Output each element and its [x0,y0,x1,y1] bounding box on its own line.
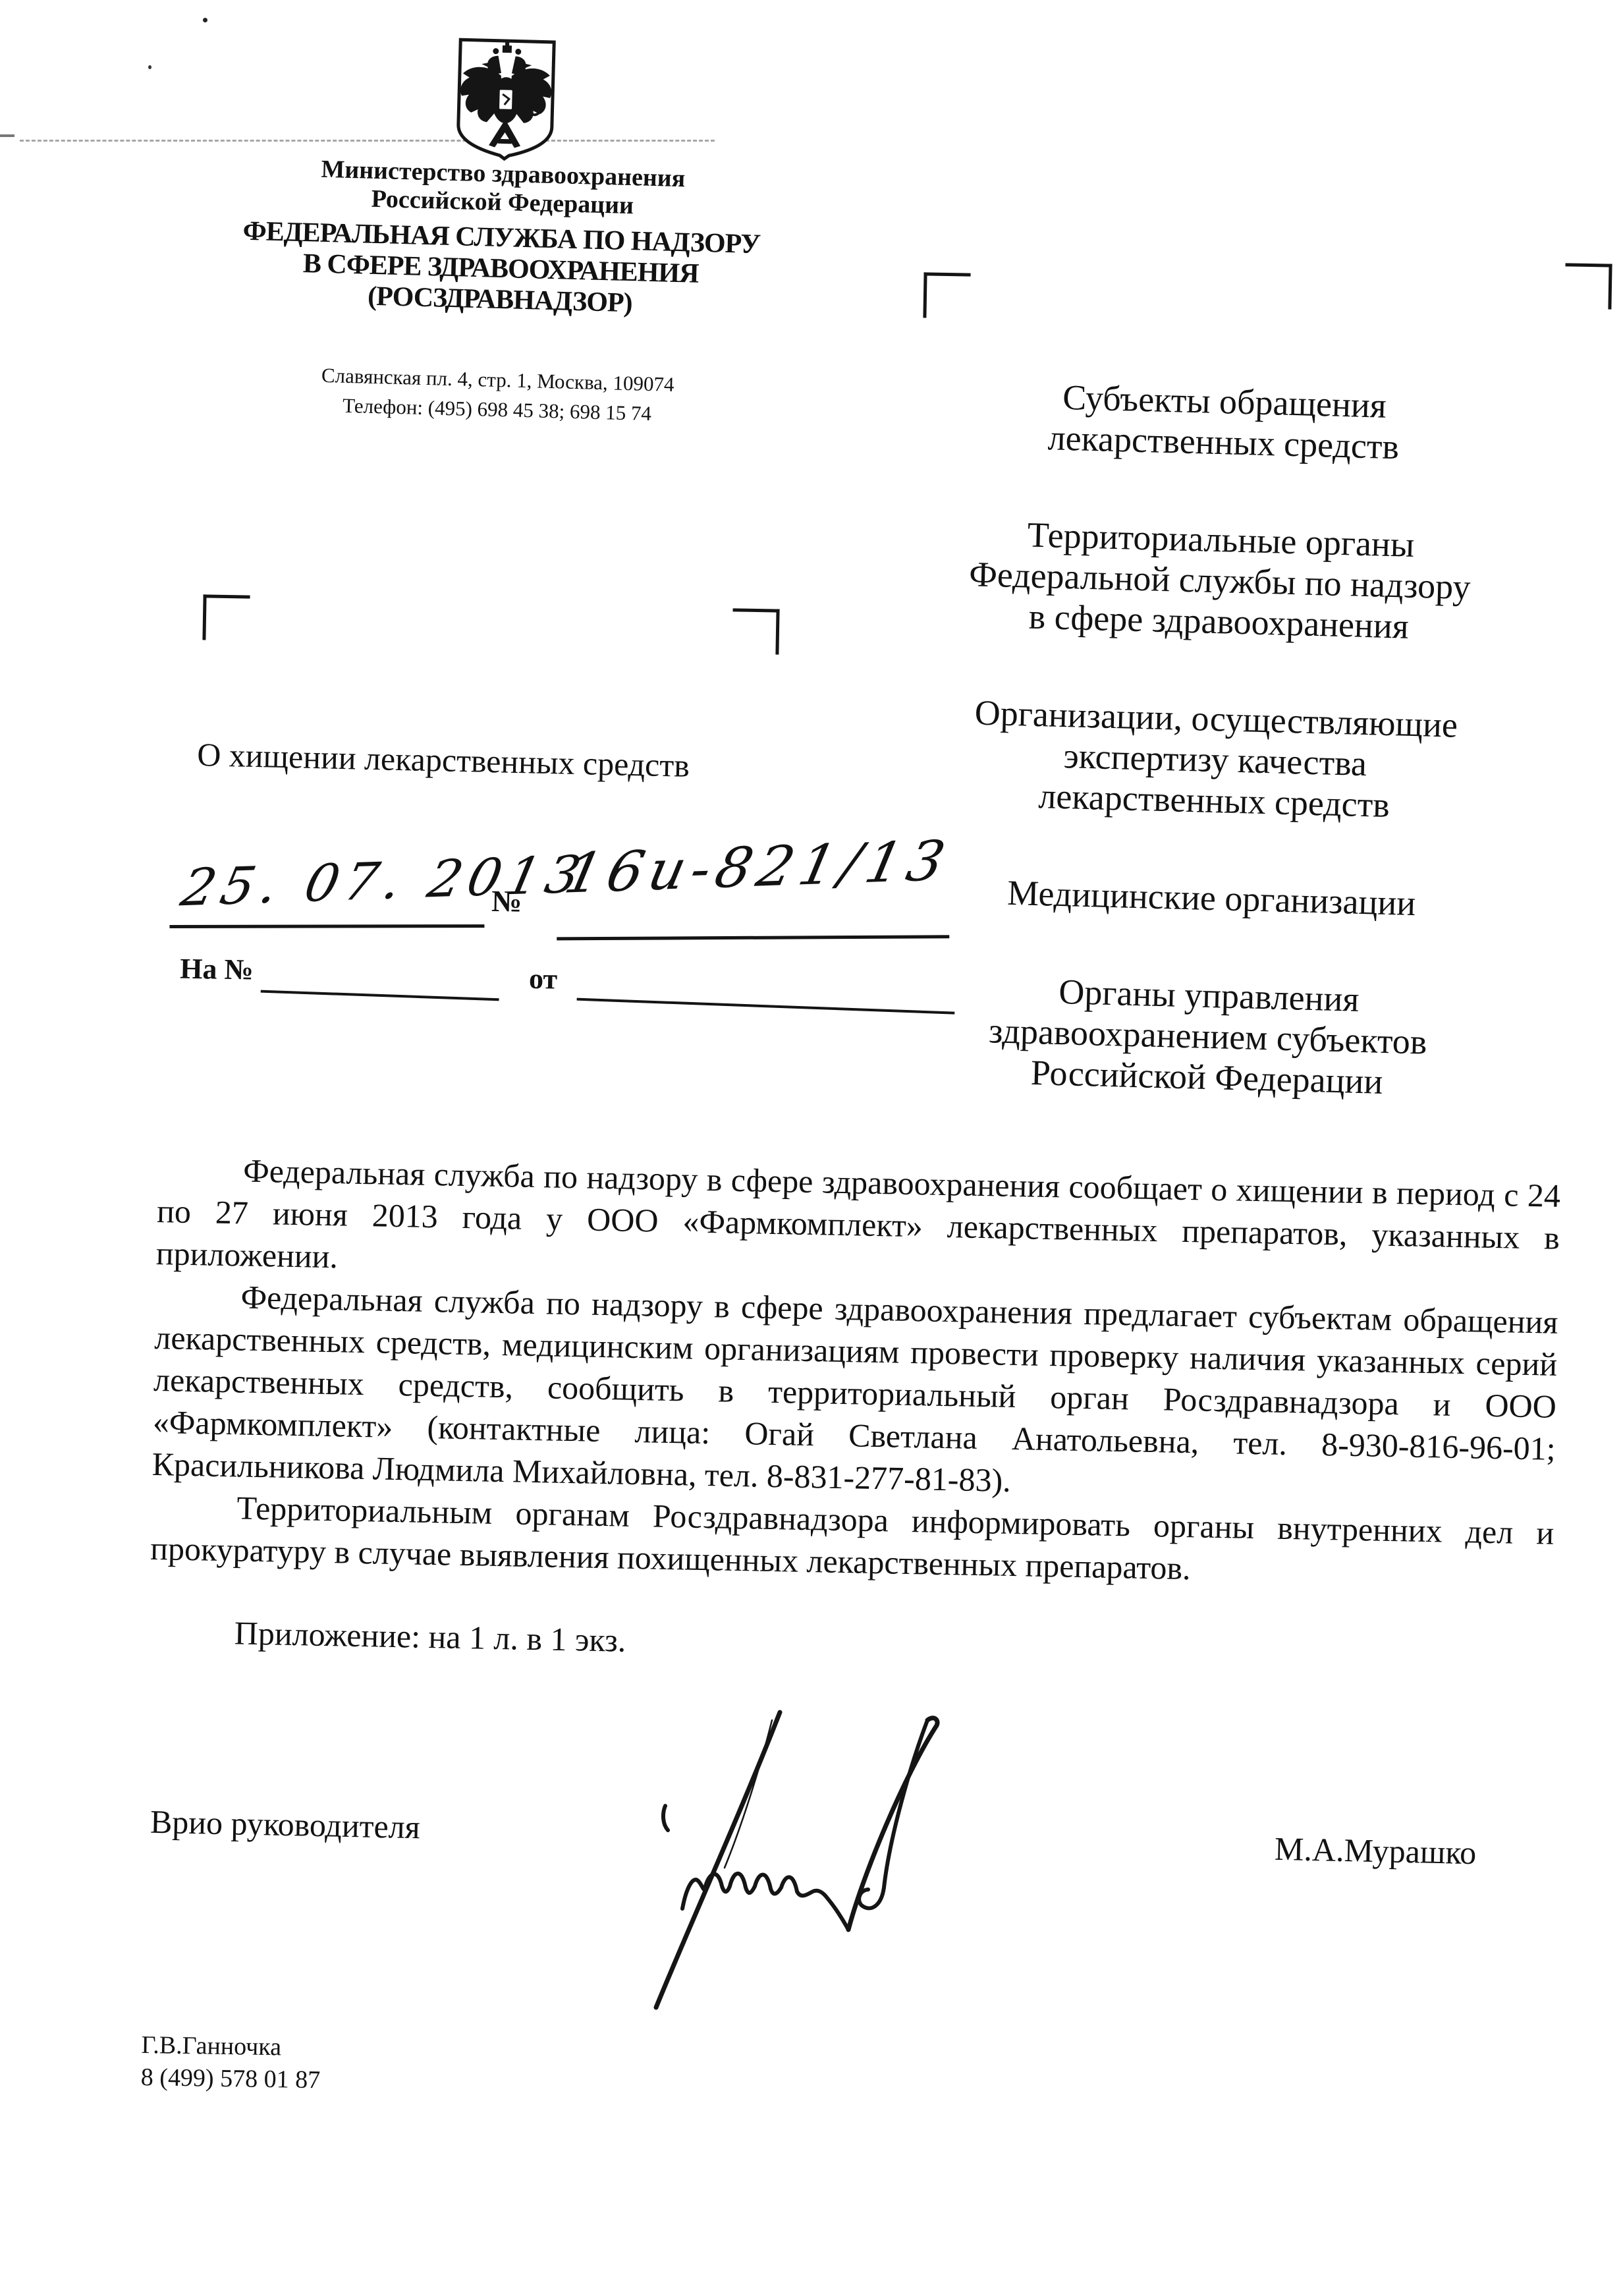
corner-mark-icon [923,272,970,318]
recipients-list: Субъекты обращения лекарственных средств… [895,373,1534,1162]
date-underline [169,924,484,928]
executor-name: Г.В.Ганночка [141,2029,321,2064]
recipient-block: Медицинские организации [902,870,1522,927]
reply-number-underline [261,990,499,1001]
handwritten-signature-icon [626,1670,1054,2013]
attachment-note: Приложение: на 1 л. в 1 экз. [148,1610,1552,1679]
ministry-name: Министерство здравоохранения Российской … [186,152,819,225]
executor-block: Г.В.Ганночка 8 (499) 578 01 87 [140,2029,321,2096]
body-paragraph: Федеральная служба по надзору в сфере зд… [151,1274,1558,1512]
executor-phone: 8 (499) 578 01 87 [140,2061,320,2096]
corner-mark-icon [202,594,250,640]
recipient-block: Субъекты обращения лекарственных средств [914,373,1535,471]
reply-to-label: На № [180,952,254,987]
reply-from-label: от [529,962,558,996]
recipient-line: Медицинские организации [902,870,1522,927]
number-underline [557,935,949,940]
letter-body: Федеральная служба по надзору в сфере зд… [148,1148,1560,1679]
signer-name: М.А.Мурашко [1274,1830,1476,1872]
signer-position-title: Врио руководителя [150,1803,420,1847]
reference-block: 25. 07. 2013 № 16и-821/13 На № от [0,392,1056,740]
russia-coat-of-arms-icon [451,34,560,165]
handwritten-date: 25. 07. 2013 [176,845,591,918]
corner-mark-icon [732,608,779,654]
recipient-block: Органы управления здравоохранением субъе… [897,967,1520,1106]
number-sign: № [491,883,522,919]
scanned-letter-page: Министерство здравоохранения Российской … [0,0,1623,2296]
handwritten-number: 16и-821/13 [559,828,956,905]
recipient-block: Территориальные органы Федеральной служб… [909,511,1531,650]
recipient-block: Организации, осуществляющие экспертизу к… [904,690,1527,829]
corner-mark-icon [1564,263,1612,309]
subject-line: О хищении лекарственных средств [197,735,690,785]
service-name: ФЕДЕРАЛЬНАЯ СЛУЖБА ПО НАДЗОРУ В СФЕРЕ ЗД… [183,214,817,323]
reply-date-underline [577,998,955,1015]
